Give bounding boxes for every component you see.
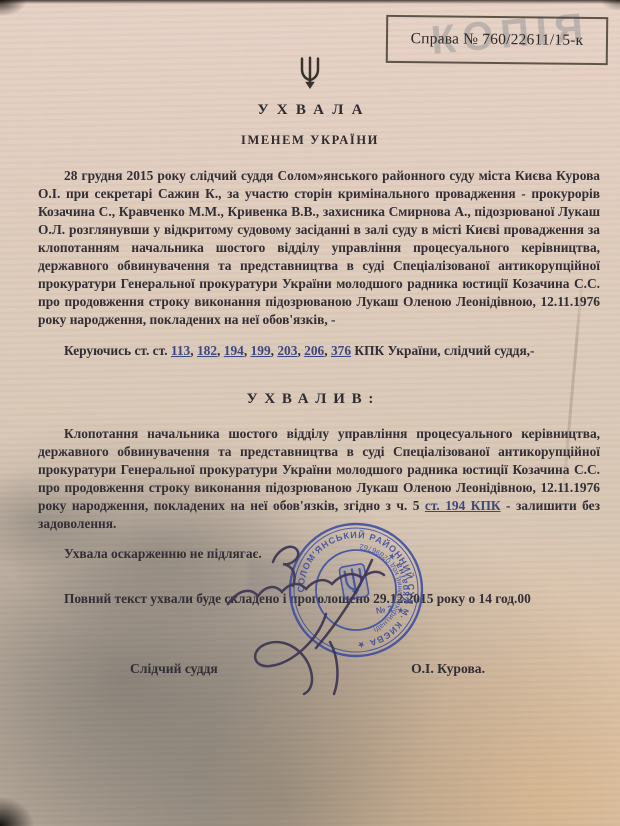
photo-corner-top-right [598, 0, 620, 12]
photo-corner-bottom-left [0, 792, 40, 826]
judge-signature [198, 522, 430, 704]
document-title: УХВАЛА [0, 102, 620, 119]
emblem-wrap [0, 56, 620, 90]
resolution-heading: УХВАЛИВ: [0, 391, 620, 408]
photo-edge-top [0, 0, 620, 4]
legal-basis-line: Керуючись ст. ст. 113, 182, 194, 199, 20… [38, 342, 600, 360]
photo-corner-top-left [0, 0, 30, 18]
document-subtitle: ІМЕНЕМ УКРАЇНИ [0, 133, 620, 148]
trident-emblem-icon [298, 56, 322, 90]
document-photo: КОПІЯ Справа № 760/22611/15-к УХВАЛА ІМЕ… [0, 0, 620, 826]
ink-bleed-smudge [248, 560, 306, 598]
intro-paragraph: 28 грудня 2015 року слідчий суддя Солом»… [38, 167, 600, 329]
